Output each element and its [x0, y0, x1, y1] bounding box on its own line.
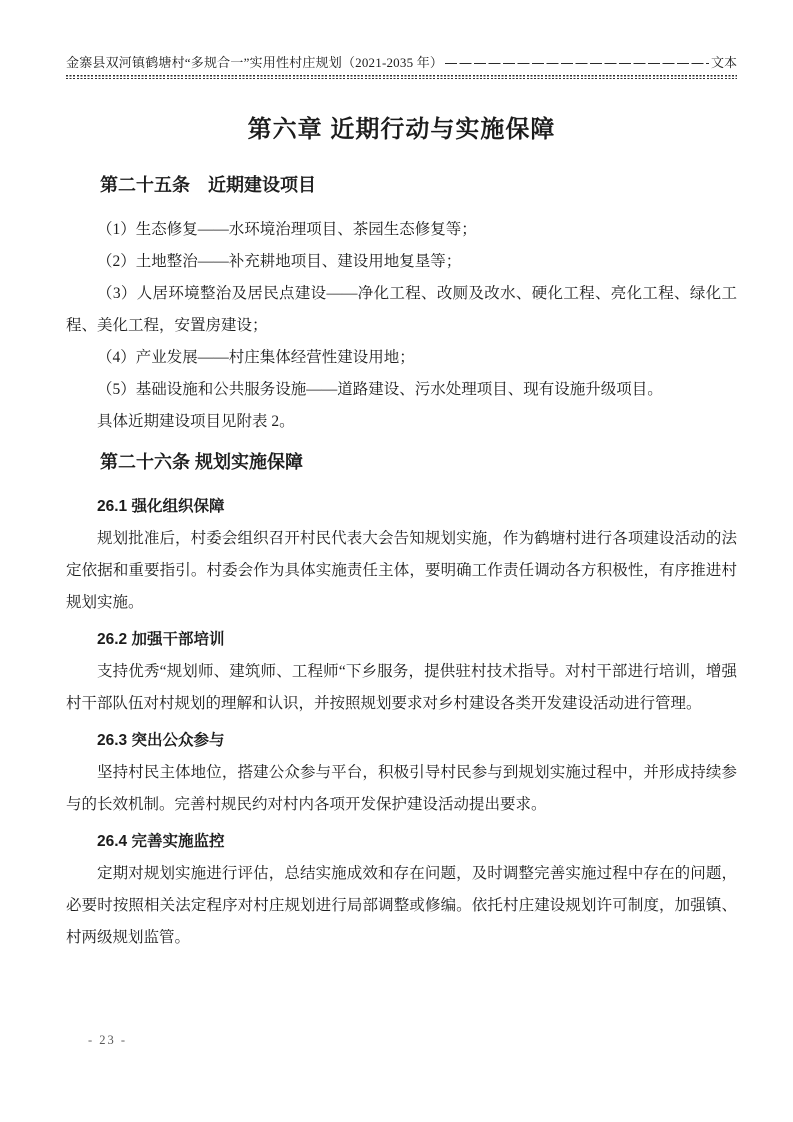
header-leader-line [445, 63, 709, 64]
subsection-title: 26.2 加强干部培训 [66, 624, 737, 656]
article-25-heading: 第二十五条 近期建设项目 [100, 173, 737, 198]
list-item: （2）土地整治——补充耕地项目、建设用地复垦等； [66, 246, 737, 278]
subsection-title: 26.3 突出公众参与 [66, 725, 737, 757]
list-item: （4）产业发展——村庄集体经营性建设用地； [66, 342, 737, 374]
running-header-row: 金寨县双河镇鹤塘村“多规合一”实用性村庄规划（2021-2035 年） 文本 [66, 54, 737, 71]
document-title: 金寨县双河镇鹤塘村“多规合一”实用性村庄规划（2021-2035 年） [66, 54, 443, 71]
article-25-body: （1）生态修复——水环境治理项目、茶园生态修复等； （2）土地整治——补充耕地项… [66, 214, 737, 438]
paragraph: 规划批准后，村委会组织召开村民代表大会告知规划实施，作为鹤塘村进行各项建设活动的… [66, 523, 737, 619]
chapter-title: 第六章 近期行动与实施保障 [66, 113, 737, 147]
article-26-body: 26.1 强化组织保障 规划批准后，村委会组织召开村民代表大会告知规划实施，作为… [66, 491, 737, 954]
running-header: 金寨县双河镇鹤塘村“多规合一”实用性村庄规划（2021-2035 年） 文本 [66, 54, 737, 79]
note-paragraph: 具体近期建设项目见附表 2。 [66, 406, 737, 438]
page-number: - 23 - [88, 1033, 127, 1048]
header-rule [66, 75, 737, 79]
list-item: （3）人居环境整治及居民点建设——净化工程、改厕及改水、硬化工程、亮化工程、绿化… [66, 278, 737, 342]
article-26-heading: 第二十六条 规划实施保障 [100, 450, 737, 475]
subsection-26-4: 26.4 完善实施监控 定期对规划实施进行评估，总结实施成效和存在问题，及时调整… [66, 826, 737, 954]
subsection-title: 26.1 强化组织保障 [66, 491, 737, 523]
subsection-title: 26.4 完善实施监控 [66, 826, 737, 858]
subsection-26-2: 26.2 加强干部培训 支持优秀“规划师、建筑师、工程师“下乡服务，提供驻村技术… [66, 624, 737, 720]
subsection-26-3: 26.3 突出公众参与 坚持村民主体地位，搭建公众参与平台，积极引导村民参与到规… [66, 725, 737, 821]
subsection-26-1: 26.1 强化组织保障 规划批准后，村委会组织召开村民代表大会告知规划实施，作为… [66, 491, 737, 619]
document-page: 金寨县双河镇鹤塘村“多规合一”实用性村庄规划（2021-2035 年） 文本 第… [0, 0, 793, 1122]
paragraph: 支持优秀“规划师、建筑师、工程师“下乡服务，提供驻村技术指导。对村干部进行培训，… [66, 656, 737, 720]
paragraph: 坚持村民主体地位，搭建公众参与平台，积极引导村民参与到规划实施过程中，并形成持续… [66, 757, 737, 821]
paragraph: 定期对规划实施进行评估，总结实施成效和存在问题，及时调整完善实施过程中存在的问题… [66, 858, 737, 954]
header-right-label: 文本 [711, 54, 737, 71]
list-item: （5）基础设施和公共服务设施——道路建设、污水处理项目、现有设施升级项目。 [66, 374, 737, 406]
list-item: （1）生态修复——水环境治理项目、茶园生态修复等； [66, 214, 737, 246]
